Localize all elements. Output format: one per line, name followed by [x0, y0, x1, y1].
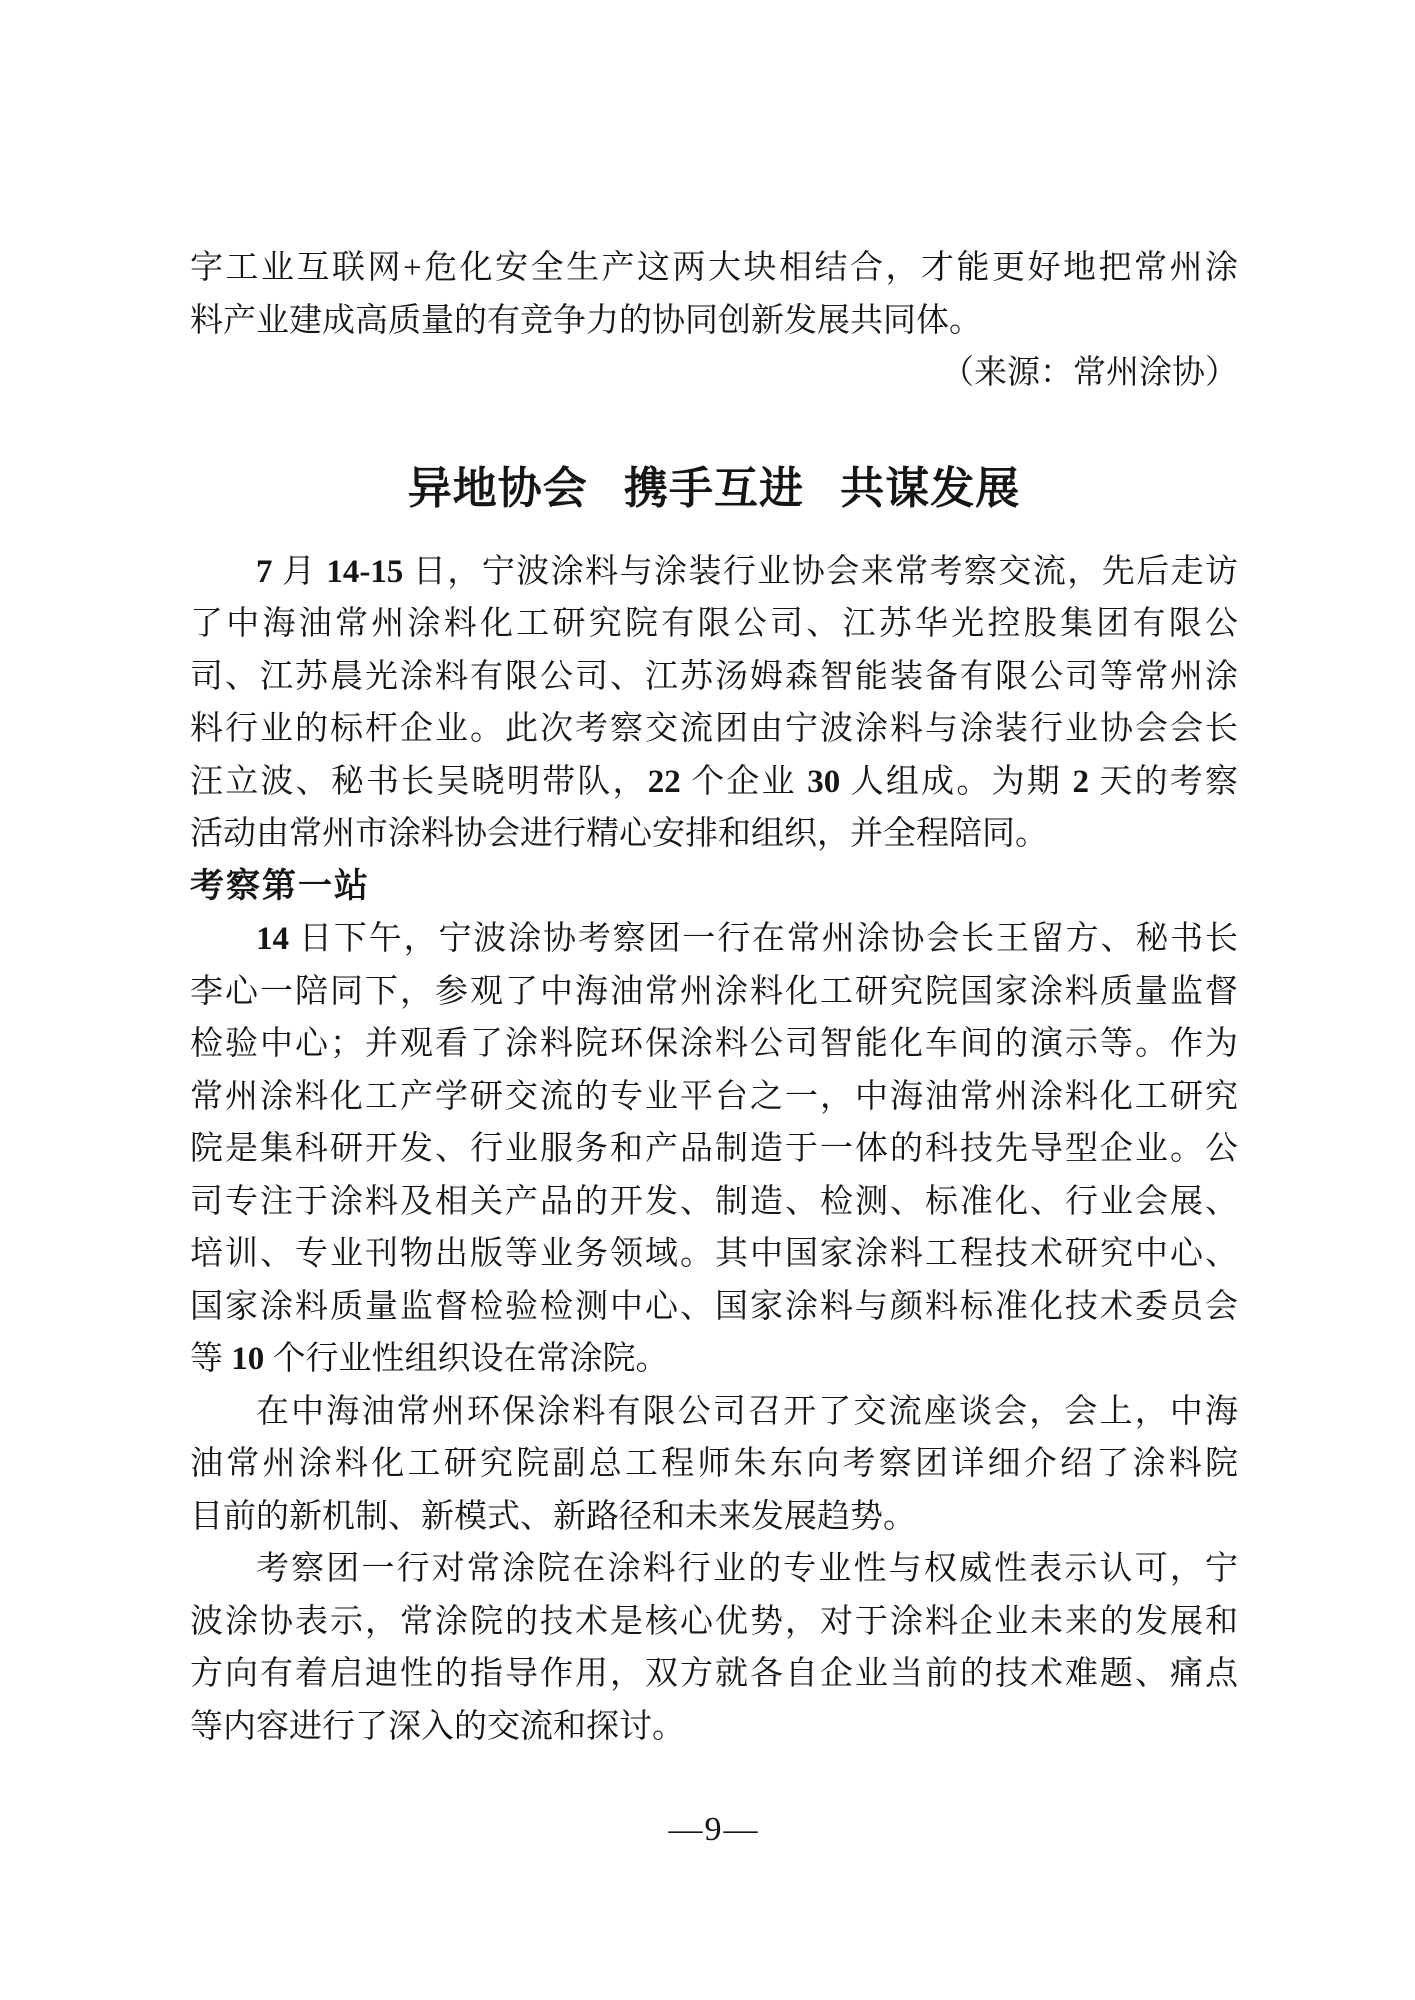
text-line: 院是集科研开发、行业服务和产品制造于一体的科技先导型企业。公 [190, 1123, 1238, 1176]
text-line: 常州涂料化工产学研交流的专业平台之一，中海油常州涂料化工研究 [190, 1071, 1238, 1124]
text-line: 李心一陪同下，参观了中海油常州涂料化工研究院国家涂料质量监督 [190, 966, 1238, 1019]
text-line: 培训、专业刊物出版等业务领域。其中国家涂料工程技术研究中心、 [190, 1228, 1238, 1281]
text-line: 活动由常州市涂料协会进行精心安排和组织，并全程陪同。 [190, 808, 1238, 861]
text-line: 等 10 个行业性组织设在常涂院。 [190, 1333, 1238, 1386]
text-line: 司专注于涂料及相关产品的开发、制造、检测、标准化、行业会展、 [190, 1176, 1238, 1229]
text-line: 料行业的标杆企业。此次考察交流团由宁波涂料与涂装行业协会会长 [190, 703, 1238, 756]
text-line: 料产业建成高质量的有竞争力的协同创新发展共同体。 [190, 295, 1238, 348]
text-line: 目前的新机制、新模式、新路径和未来发展趋势。 [190, 1491, 1238, 1544]
page-number: —9— [190, 1804, 1238, 1856]
paragraph-feedback: 考察团一行对常涂院在涂料行业的专业性与权威性表示认可，宁波涂协表示，常涂院的技术… [190, 1543, 1238, 1753]
text-line: 在中海油常州环保涂料有限公司召开了交流座谈会，会上，中海 [190, 1386, 1238, 1439]
article-title: 异地协会 携手互进 共谋发展 [190, 458, 1238, 520]
intro-paragraph: 字工业互联网+危化安全生产这两大块相结合，才能更好地把常州涂料产业建成高质量的有… [190, 242, 1238, 400]
text-line: 7 月 14-15 日，宁波涂料与涂装行业协会来常考察交流，先后走访 [190, 546, 1238, 599]
paragraph-meeting: 在中海油常州环保涂料有限公司召开了交流座谈会，会上，中海油常州涂料化工研究院副总… [190, 1386, 1238, 1544]
numeral: 10 [231, 1341, 264, 1377]
text-line: 司、江苏晨光涂料有限公司、江苏汤姆森智能装备有限公司等常州涂 [190, 651, 1238, 704]
text-line: 了中海油常州涂料化工研究院有限公司、江苏华光控股集团有限公 [190, 598, 1238, 651]
text-line: 14 日下午，宁波涂协考察团一行在常州涂协会长王留方、秘书长 [190, 913, 1238, 966]
text-line: 方向有着启迪性的指导作用，双方就各自企业当前的技术难题、痛点 [190, 1648, 1238, 1701]
paragraph-visit-overview: 7 月 14-15 日，宁波涂料与涂装行业协会来常考察交流，先后走访了中海油常州… [190, 546, 1238, 861]
numeral: 2 [1072, 764, 1089, 800]
source-attribution: （来源：常州涂协） [190, 347, 1238, 400]
numeral: 14-15 [326, 554, 403, 590]
numeral: 22 [648, 764, 681, 800]
text-line: 波涂协表示，常涂院的技术是核心优势，对于涂料企业未来的发展和 [190, 1596, 1238, 1649]
numeral: 14 [256, 921, 289, 957]
text-line: 检验中心；并观看了涂料院环保涂料公司智能化车间的演示等。作为 [190, 1018, 1238, 1071]
section-heading-first-stop: 考察第一站 [190, 861, 1238, 914]
page-content: 字工业互联网+危化安全生产这两大块相结合，才能更好地把常州涂料产业建成高质量的有… [190, 0, 1238, 1856]
text-line: 油常州涂料化工研究院副总工程师朱东向考察团详细介绍了涂料院 [190, 1438, 1238, 1491]
text-line: 汪立波、秘书长吴晓明带队，22 个企业 30 人组成。为期 2 天的考察 [190, 756, 1238, 809]
article-body: 7 月 14-15 日，宁波涂料与涂装行业协会来常考察交流，先后走访了中海油常州… [190, 546, 1238, 1754]
text-line: 等内容进行了深入的交流和探讨。 [190, 1701, 1238, 1754]
numeral: 7 [256, 554, 273, 590]
intro-paragraph-lines: 字工业互联网+危化安全生产这两大块相结合，才能更好地把常州涂料产业建成高质量的有… [190, 242, 1238, 347]
document-page: 字工业互联网+危化安全生产这两大块相结合，才能更好地把常州涂料产业建成高质量的有… [0, 0, 1415, 2000]
text-line: 考察团一行对常涂院在涂料行业的专业性与权威性表示认可，宁 [190, 1543, 1238, 1596]
text-line: 字工业互联网+危化安全生产这两大块相结合，才能更好地把常州涂 [190, 242, 1238, 295]
paragraph-first-stop: 14 日下午，宁波涂协考察团一行在常州涂协会长王留方、秘书长李心一陪同下，参观了… [190, 913, 1238, 1386]
numeral: 30 [807, 764, 840, 800]
text-line: 国家涂料质量监督检验检测中心、国家涂料与颜料标准化技术委员会 [190, 1281, 1238, 1334]
